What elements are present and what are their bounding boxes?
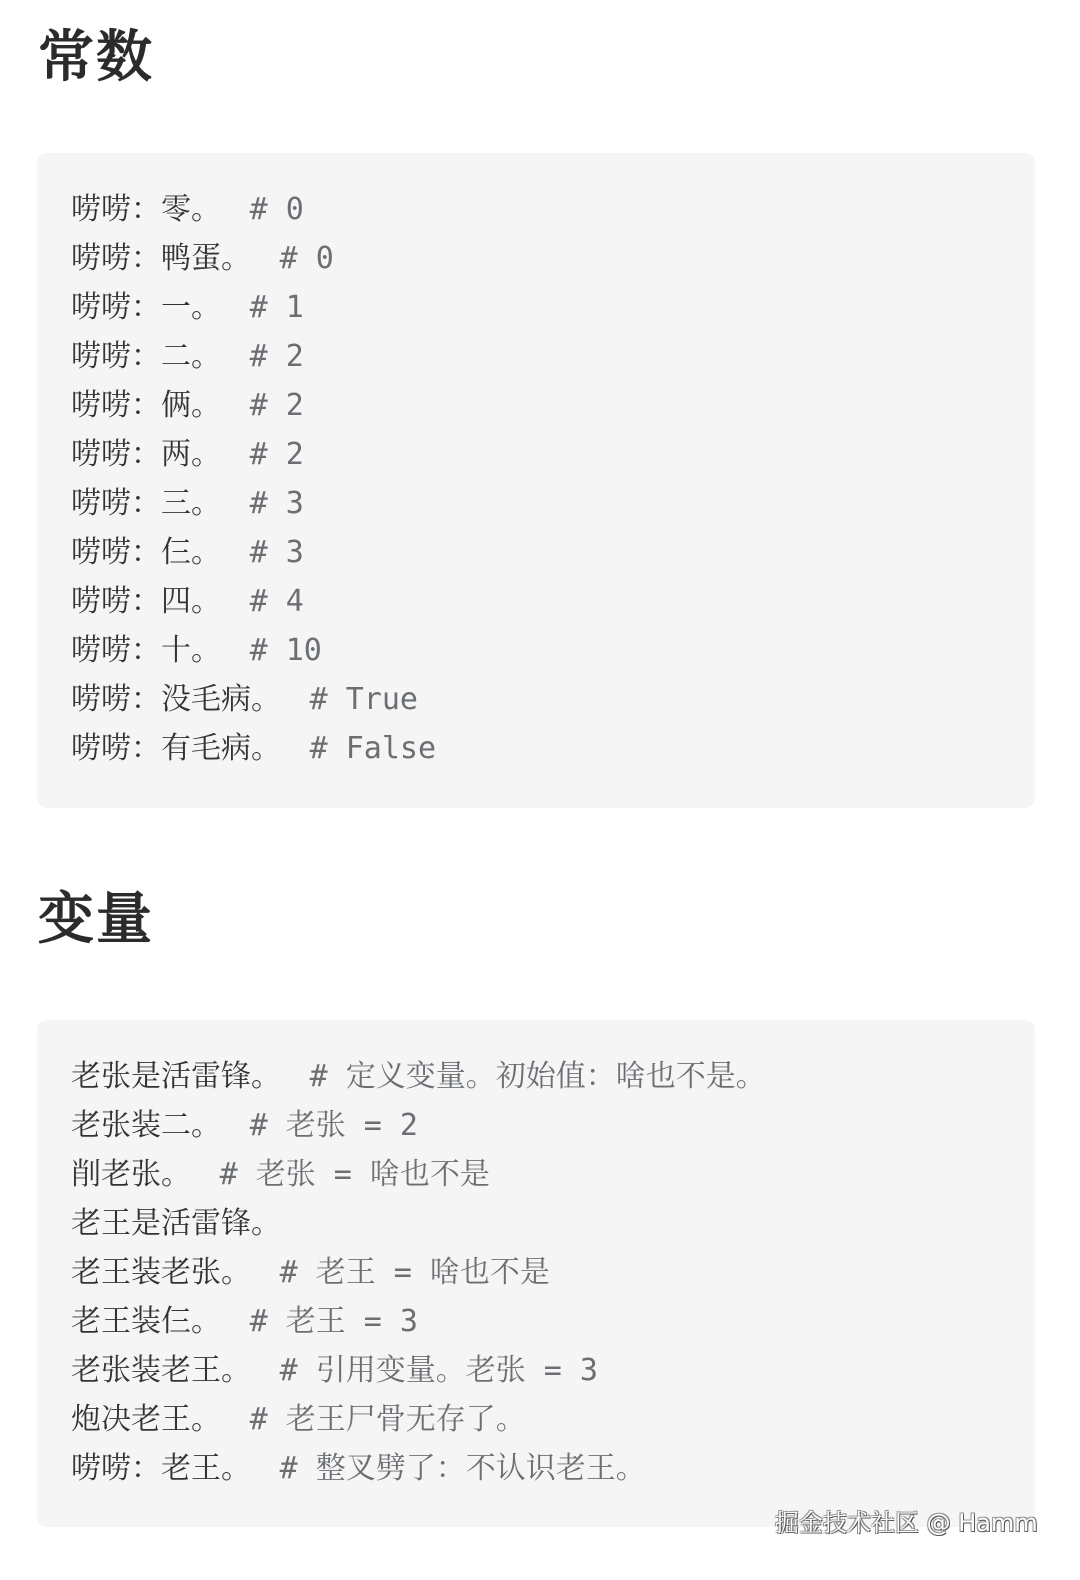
spacer	[251, 241, 280, 276]
code-comment: # 老张 = 啥也不是	[220, 1157, 490, 1192]
code-text: 唠唠：三。	[71, 486, 221, 521]
code-text: 唠唠：零。	[71, 192, 221, 227]
code-line: 唠唠：一。 # 1	[71, 283, 436, 332]
code-line: 唠唠：十。 # 10	[71, 626, 436, 675]
code-text: 老王是活雷锋。	[71, 1206, 281, 1241]
code-line: 唠唠：四。 # 4	[71, 577, 436, 626]
spacer	[221, 437, 250, 472]
code-line: 唠唠：鸭蛋。 # 0	[71, 234, 436, 283]
spacer	[251, 1255, 280, 1290]
code-comment: # 0	[280, 241, 334, 276]
code-comment: # 4	[250, 584, 304, 619]
code-line: 老张装老王。 # 引用变量。老张 = 3	[71, 1346, 766, 1395]
code-comment: # 10	[250, 633, 322, 668]
code-text: 唠唠：老王。	[71, 1451, 251, 1486]
code-comment: # 0	[250, 192, 304, 227]
code-text: 削老张。	[71, 1157, 191, 1192]
spacer	[191, 1157, 220, 1192]
spacer	[221, 192, 250, 227]
code-comment: # 老王尸骨无存了。	[250, 1402, 526, 1437]
code-comment: # 老张 = 2	[250, 1108, 418, 1143]
code-comment: # False	[310, 731, 436, 766]
code-text: 老张装老王。	[71, 1353, 251, 1388]
code-line: 老王装老张。 # 老王 = 啥也不是	[71, 1248, 766, 1297]
spacer	[281, 731, 310, 766]
code-line: 炮决老王。 # 老王尸骨无存了。	[71, 1395, 766, 1444]
code-text: 唠唠：鸭蛋。	[71, 241, 251, 276]
spacer	[281, 1059, 310, 1094]
code-line: 唠唠：零。 # 0	[71, 185, 436, 234]
spacer	[221, 339, 250, 374]
spacer	[251, 1353, 280, 1388]
code-comment: # 引用变量。老张 = 3	[280, 1353, 598, 1388]
code-text: 唠唠：没毛病。	[71, 682, 281, 717]
spacer	[221, 584, 250, 619]
code-line: 唠唠：有毛病。 # False	[71, 724, 436, 773]
watermark: 掘金技术社区 @ Hamm	[775, 1503, 1038, 1538]
spacer	[221, 1402, 250, 1437]
code-lines: 老张是活雷锋。 # 定义变量。初始值：啥也不是。 老张装二。 # 老张 = 2 …	[71, 1052, 766, 1493]
code-line: 老张是活雷锋。 # 定义变量。初始值：啥也不是。	[71, 1052, 766, 1101]
code-text: 唠唠：一。	[71, 290, 221, 325]
code-text: 老王装仨。	[71, 1304, 221, 1339]
section-title-variables: 变量	[38, 892, 154, 948]
code-text: 唠唠：仨。	[71, 535, 221, 570]
code-comment: # 1	[250, 290, 304, 325]
code-comment: # 2	[250, 339, 304, 374]
code-text: 老张装二。	[71, 1108, 221, 1143]
code-comment: # True	[310, 682, 418, 717]
code-comment: # 整叉劈了：不认识老王。	[280, 1451, 646, 1486]
code-line: 唠唠：仨。 # 3	[71, 528, 436, 577]
code-text: 唠唠：有毛病。	[71, 731, 281, 766]
code-comment: # 3	[250, 535, 304, 570]
code-comment: # 2	[250, 388, 304, 423]
spacer	[221, 535, 250, 570]
code-comment: # 老王 = 3	[250, 1304, 418, 1339]
code-line: 唠唠：两。 # 2	[71, 430, 436, 479]
code-lines: 唠唠：零。 # 0 唠唠：鸭蛋。 # 0 唠唠：一。 # 1 唠唠：二。 # 2…	[71, 185, 436, 773]
code-comment: # 2	[250, 437, 304, 472]
spacer	[221, 290, 250, 325]
spacer	[221, 633, 250, 668]
code-comment: # 3	[250, 486, 304, 521]
code-line: 唠唠：老王。 # 整叉劈了：不认识老王。	[71, 1444, 766, 1493]
code-text: 唠唠：两。	[71, 437, 221, 472]
code-line: 老王是活雷锋。	[71, 1199, 766, 1248]
code-line: 唠唠：没毛病。 # True	[71, 675, 436, 724]
spacer	[251, 1451, 280, 1486]
code-text: 老王装老张。	[71, 1255, 251, 1290]
code-line: 唠唠：二。 # 2	[71, 332, 436, 381]
section-title-constants: 常数	[38, 30, 154, 86]
code-block-constants: 唠唠：零。 # 0 唠唠：鸭蛋。 # 0 唠唠：一。 # 1 唠唠：二。 # 2…	[37, 153, 1035, 808]
code-line: 唠唠：三。 # 3	[71, 479, 436, 528]
code-text: 老张是活雷锋。	[71, 1059, 281, 1094]
code-text: 唠唠：二。	[71, 339, 221, 374]
code-block-variables: 老张是活雷锋。 # 定义变量。初始值：啥也不是。 老张装二。 # 老张 = 2 …	[37, 1020, 1035, 1527]
code-line: 唠唠：俩。 # 2	[71, 381, 436, 430]
spacer	[221, 486, 250, 521]
code-line: 老张装二。 # 老张 = 2	[71, 1101, 766, 1150]
code-line: 削老张。 # 老张 = 啥也不是	[71, 1150, 766, 1199]
code-text: 唠唠：四。	[71, 584, 221, 619]
code-comment: # 老王 = 啥也不是	[280, 1255, 550, 1290]
code-comment: # 定义变量。初始值：啥也不是。	[310, 1059, 766, 1094]
spacer	[221, 1108, 250, 1143]
code-text: 炮决老王。	[71, 1402, 221, 1437]
code-line: 老王装仨。 # 老王 = 3	[71, 1297, 766, 1346]
code-text: 唠唠：十。	[71, 633, 221, 668]
spacer	[221, 388, 250, 423]
spacer	[281, 682, 310, 717]
code-text: 唠唠：俩。	[71, 388, 221, 423]
spacer	[221, 1304, 250, 1339]
